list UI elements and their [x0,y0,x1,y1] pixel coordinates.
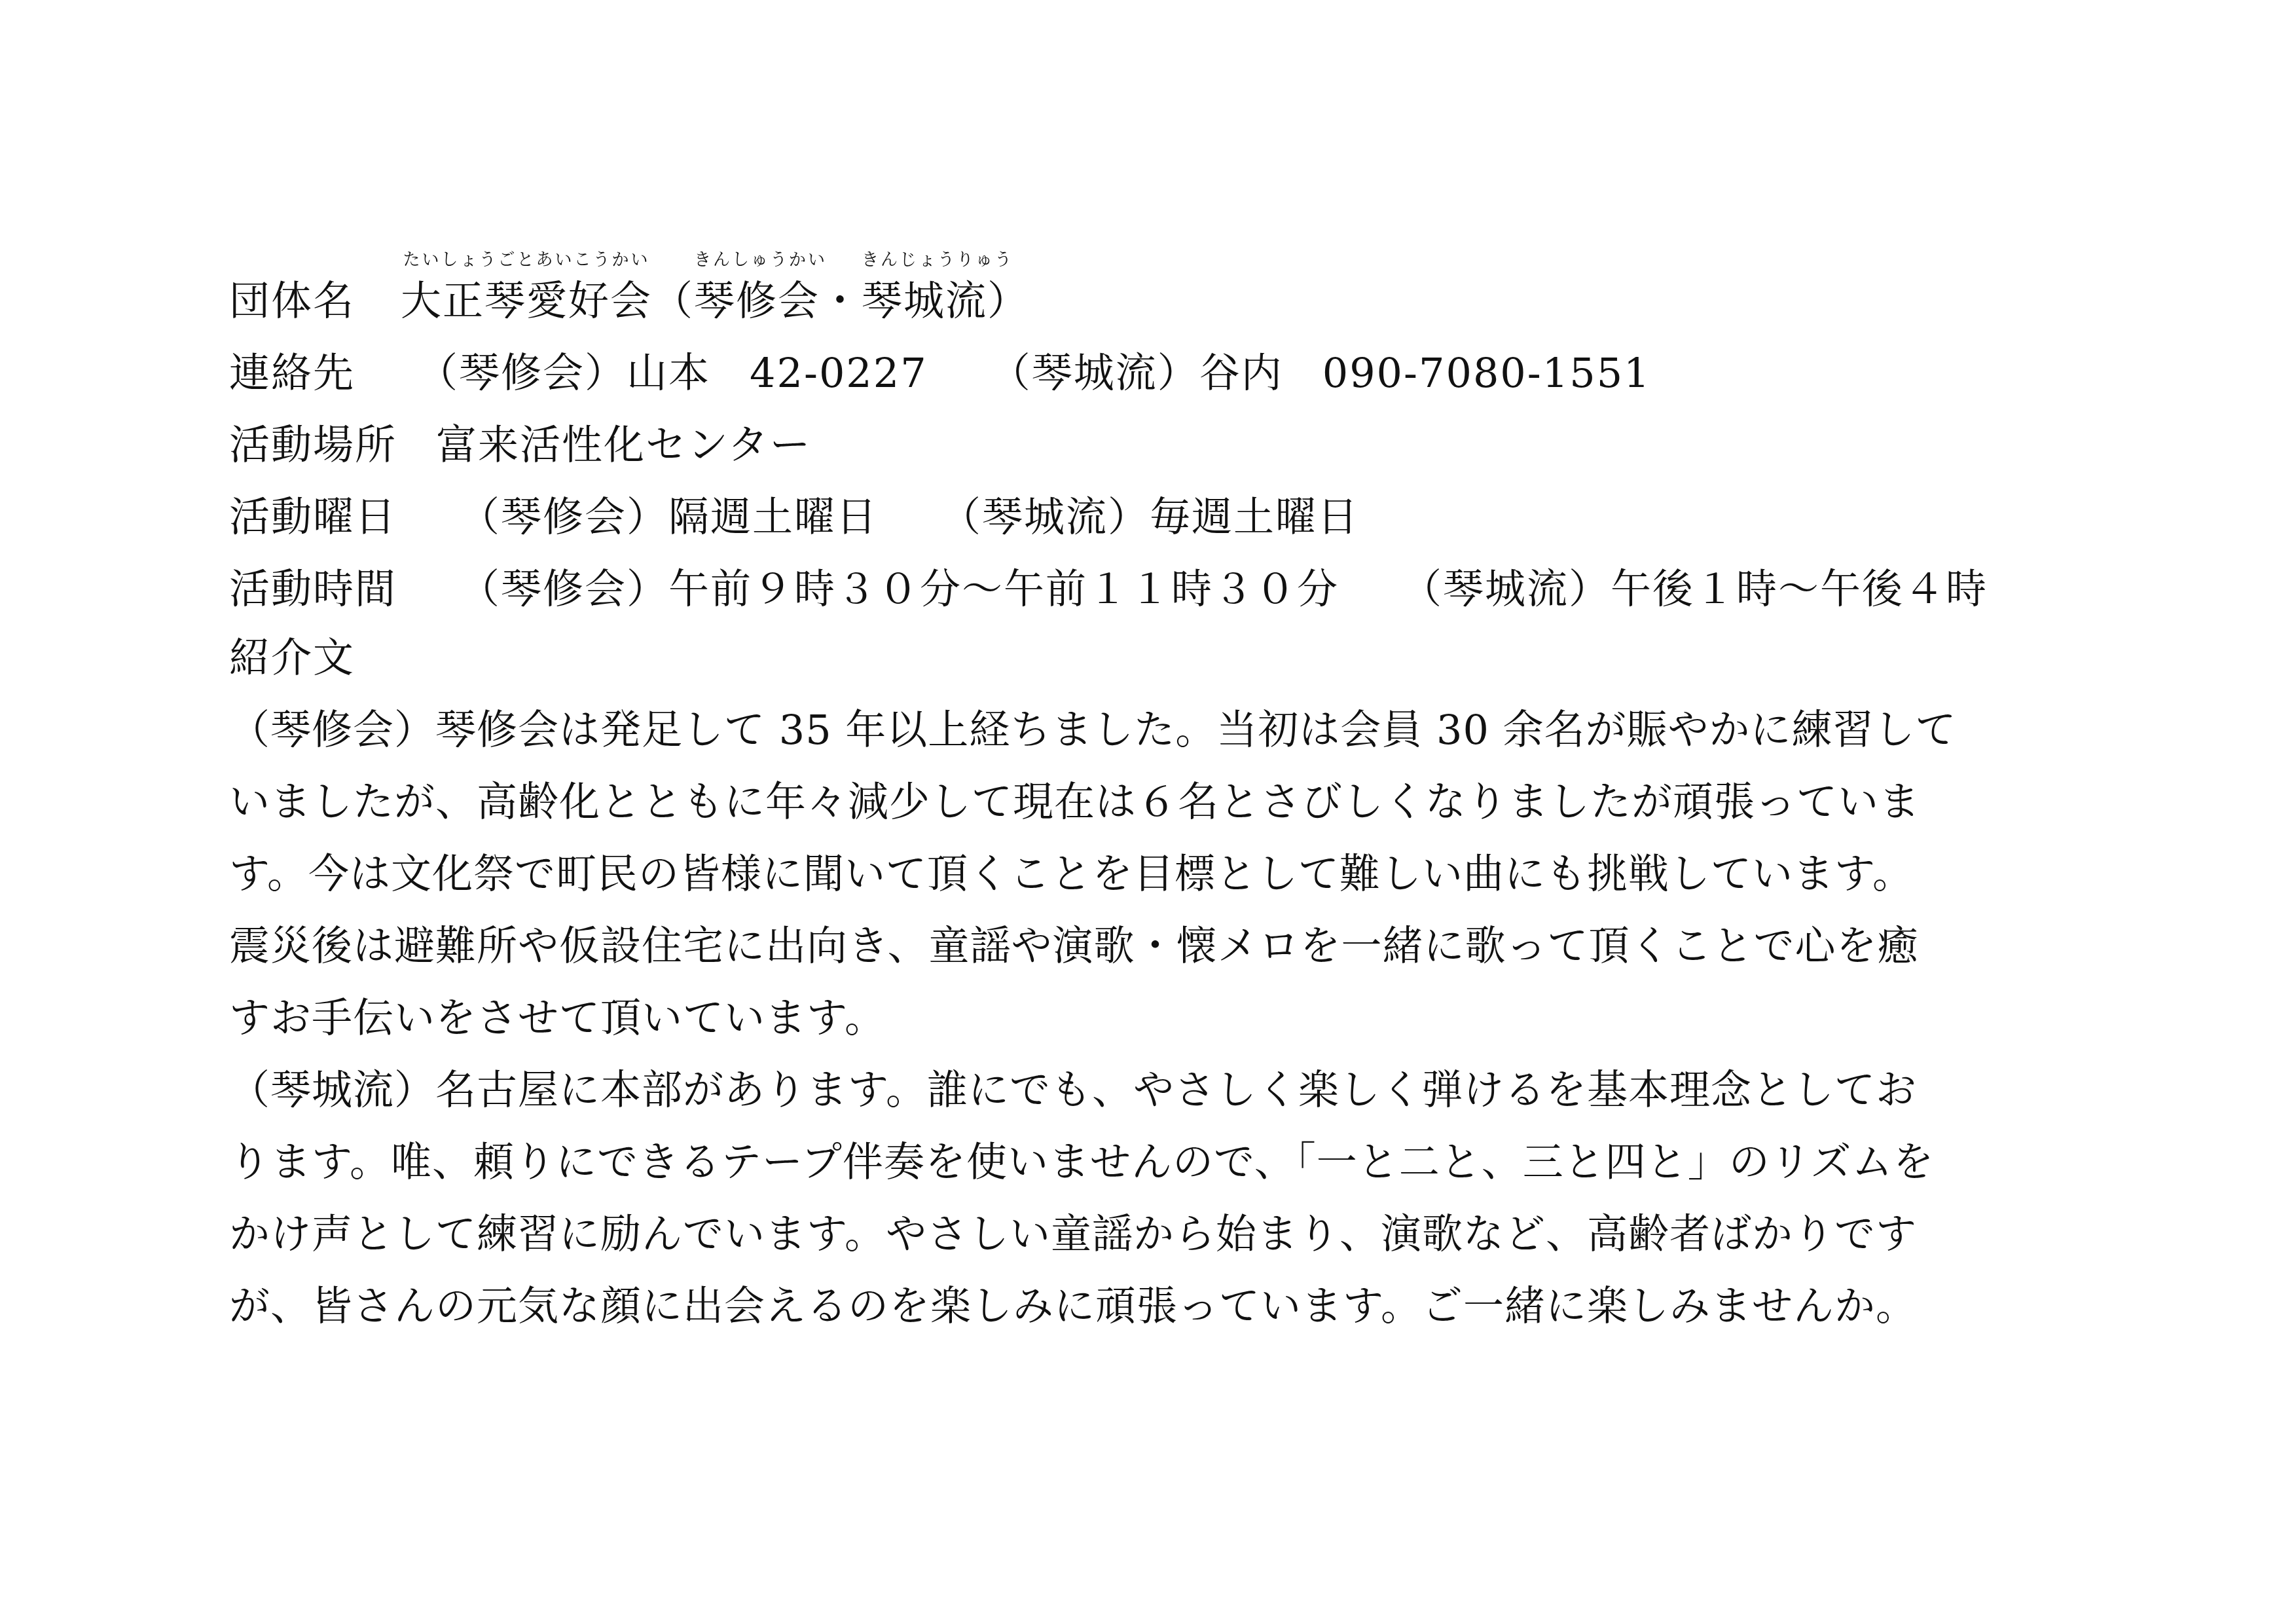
group-name-sub-a: きんしゅうかい琴修会 [694,275,820,327]
paragraph-line: ります。唯、頼りにできるテープ伴奏を使いませんので、「一と二と、三と四と」のリズ… [229,1126,2016,1198]
days-group: （琴修会） [459,493,668,541]
contact-row: 連絡先（琴修会）山本42-0227（琴城流）谷内090-7080-1551 [229,347,1651,399]
location-value: 富来活性化センター [436,421,812,469]
group-name-sub-b-text: 琴城流 [862,277,987,325]
paragraph-line: す。今は文化祭で町民の皆様に聞いて頂くことを目標として難しい曲にも挑戦しています… [229,838,2016,910]
group-name-label: 団体名 [229,275,355,327]
contact-group: （琴城流） [990,349,1199,397]
hours-label: 活動時間 [229,563,397,616]
hours-value: 午後１時～午後４時 [1611,565,1988,613]
group-name-sub-b-reading: きんじょうりゅう [862,250,987,270]
contact-label: 連絡先 [229,347,355,399]
intro-paragraph-kinshukai: （琴修会）琴修会は発足して 35 年以上経ちました。当初は会員 30 余名が賑や… [229,694,2016,1054]
hours-group: （琴修会） [459,565,668,613]
location-label: 活動場所 [229,419,397,471]
days-group: （琴城流） [940,493,1150,541]
paragraph-line: 震災後は避難所や仮設住宅に出向き、童謡や演歌・懐メロを一緒に歌って頂くことで心を… [229,910,2016,982]
group-name-close-paren: ） [987,277,1029,325]
paragraph-line: いましたが、高齢化とともに年々減少して現在は６名とさびしくなりましたが頑張ってい… [229,766,2016,838]
contact-phone: 090-7080-1551 [1322,349,1651,397]
group-name-open-paren: （ [652,277,694,325]
paragraph-line: （琴修会）琴修会は発足して 35 年以上経ちました。当初は会員 30 余名が賑や… [229,694,2016,766]
paragraph-line: すお手伝いをさせて頂いています。 [229,982,2016,1054]
contact-name: 谷内 [1199,349,1283,397]
contact-phone: 42-0227 [750,349,928,397]
hours-row: 活動時間（琴修会）午前９時３０分～午前１１時３０分（琴城流）午後１時～午後４時 [229,563,1988,616]
group-name-sub-a-reading: きんしゅうかい [694,250,820,270]
group-name-sub-a-text: 琴修会 [694,277,820,325]
group-name-separator: ・ [820,277,862,325]
paragraph-line: （琴城流）名古屋に本部があります。誰にでも、やさしく楽しく弾けるを基本理念として… [229,1054,2016,1126]
intro-row: 紹介文 [229,632,355,684]
contact-group: （琴修会） [417,349,627,397]
hours-group: （琴城流） [1401,565,1611,613]
days-value: 隔週土曜日 [668,493,878,541]
group-name-main: たいしょうごとあいこうかい大正琴愛好会 [401,275,652,327]
days-label: 活動曜日 [229,491,397,544]
group-name-sub-b: きんじょうりゅう琴城流 [862,275,987,327]
contact-name: 山本 [627,349,710,397]
group-name-main-text: 大正琴愛好会 [401,277,652,325]
location-row: 活動場所富来活性化センター [229,419,812,471]
days-row: 活動曜日（琴修会）隔週土曜日（琴城流）毎週土曜日 [229,491,1359,544]
group-name-row: 団体名たいしょうごとあいこうかい大正琴愛好会（きんしゅうかい琴修会・きんじょうり… [229,275,1029,327]
paragraph-line: かけ声として練習に励んでいます。やさしい童謡から始まり、演歌など、高齢者ばかりで… [229,1198,2016,1270]
group-name-main-reading: たいしょうごとあいこうかい [401,250,652,270]
intro-paragraph-kinjoryu: （琴城流）名古屋に本部があります。誰にでも、やさしく楽しく弾けるを基本理念として… [229,1054,2016,1342]
hours-value: 午前９時３０分～午前１１時３０分 [668,565,1339,613]
days-value: 毎週土曜日 [1150,493,1359,541]
paragraph-line: が、皆さんの元気な顔に出会えるのを楽しみに頑張っています。ご一緒に楽しみませんか… [229,1270,2016,1342]
intro-label: 紹介文 [229,632,355,684]
